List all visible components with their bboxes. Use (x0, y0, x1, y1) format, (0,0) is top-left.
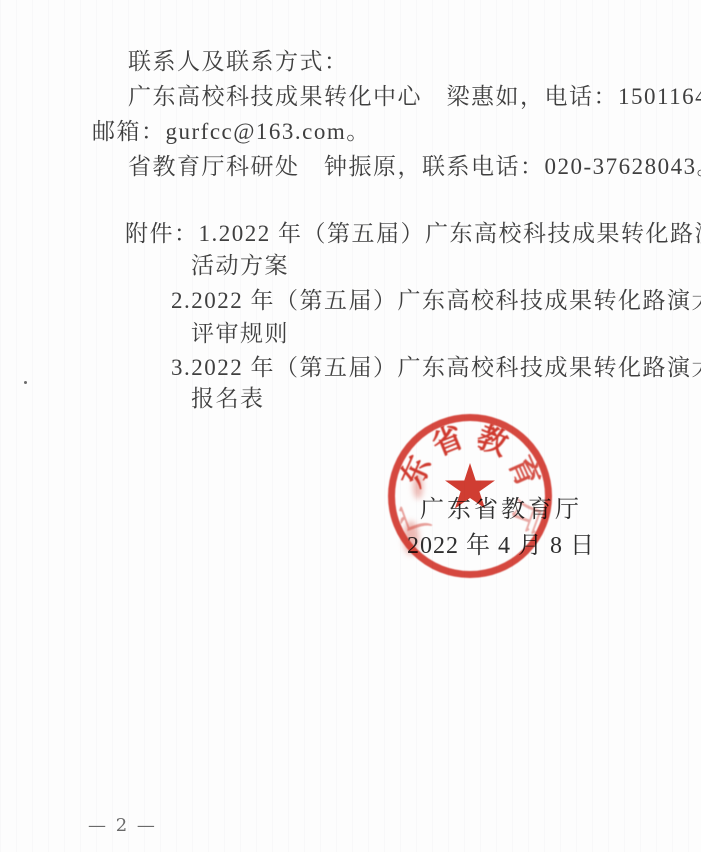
signature-date: 2022 年 4 月 8 日 (407, 525, 595, 560)
contact-heading: 联系人及联系方式： (128, 49, 349, 75)
scan-speck (24, 381, 27, 384)
seal-arc-char-4: 教 (471, 421, 513, 463)
seal-arc-char-5: 育 (502, 451, 544, 493)
attachment-2-subtitle: 评审规则 (191, 321, 289, 347)
attachment-3-title: 3.2022 年（第五届）广东高校科技成果转化路演大赛 (171, 355, 701, 381)
attachment-2-title: 2.2022 年（第五届）广东高校科技成果转化路演大赛 (171, 288, 701, 314)
seal-arc-char-2: 东 (396, 451, 438, 493)
attachment-3-subtitle: 报名表 (191, 386, 265, 412)
contact-line-center: 广东高校科技成果转化中心 梁惠如，电话：15011640152， (128, 84, 701, 110)
scanned-document-page: 联系人及联系方式： 广东高校科技成果转化中心 梁惠如，电话：1501164015… (0, 0, 701, 852)
attachments-label: 附件： (125, 221, 199, 247)
page-number: — 2 — (88, 815, 157, 836)
seal-arc-char-3: 省 (427, 421, 469, 463)
attachment-item-1: 附件：1.2022 年（第五届）广东高校科技成果转化路演大赛 (125, 221, 701, 247)
attachment-1-subtitle: 活动方案 (191, 253, 289, 279)
contact-line-department: 省教育厅科研处 钟振原，联系电话：020-37628043。 (128, 154, 701, 180)
attachment-1-title: 1.2022 年（第五届）广东高校科技成果转化路演大赛 (199, 221, 701, 247)
contact-line-email: 邮箱：gurfcc@163.com。 (92, 119, 371, 145)
signature-issuer: 广东省教育厅 (420, 489, 582, 524)
